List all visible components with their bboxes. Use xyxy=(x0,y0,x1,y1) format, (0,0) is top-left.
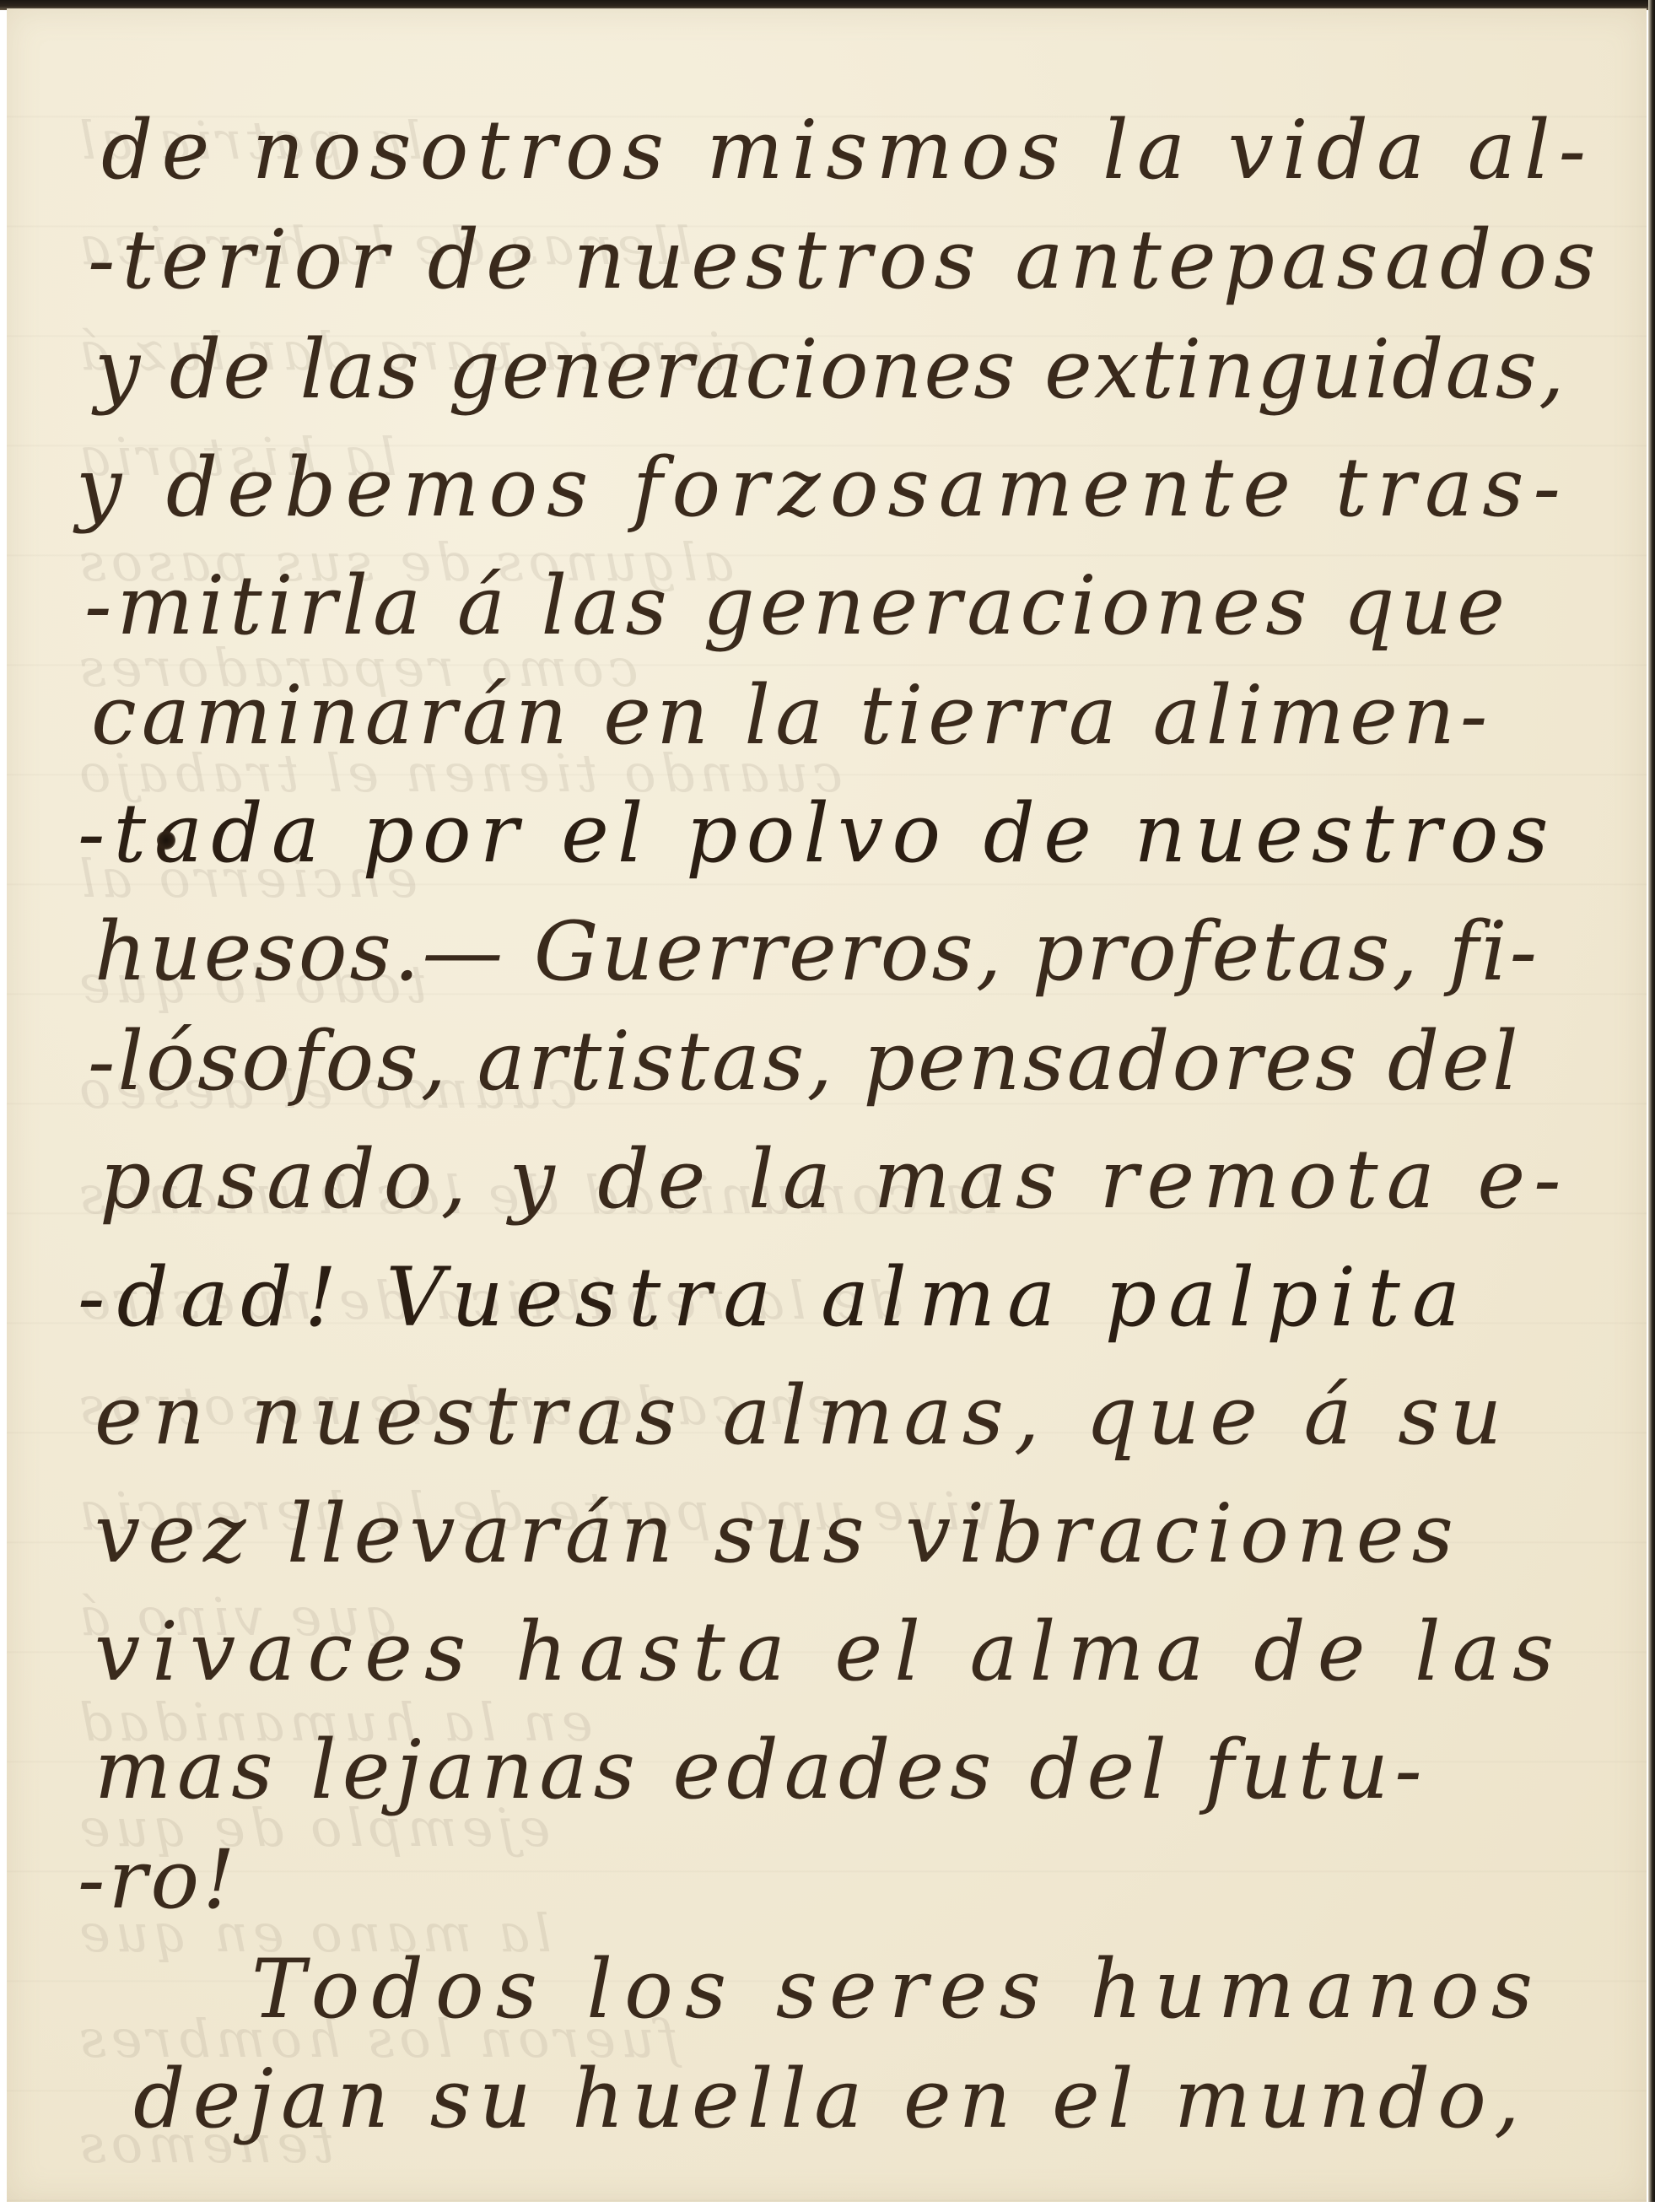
text-line: -ro! xyxy=(78,1839,239,1920)
text-line: -tada por el polvo de nuestros xyxy=(78,793,1557,874)
scan-right-edge xyxy=(1648,0,1655,2212)
text-line: huesos.— Guerreros, profetas, fi- xyxy=(94,911,1539,992)
text-line: y debemos forzosamente tras- xyxy=(76,447,1570,528)
text-line: -dad! Vuestra alma palpita xyxy=(78,1257,1472,1338)
ink-blot xyxy=(157,831,175,850)
text-line: vivaces hasta el alma de las xyxy=(94,1611,1566,1692)
text-line: -terior de nuestros antepasados xyxy=(88,219,1602,300)
text-line: y de las generaciones extinguidas, xyxy=(94,329,1566,410)
text-line: caminarán en la tierra alimen- xyxy=(91,675,1492,756)
manuscript-page: la patria al llenas de la heroica cienci… xyxy=(7,8,1647,2202)
text-line: en nuestras almas, que á su xyxy=(94,1375,1512,1456)
text-line: -lósofos, artistas, pensadores del xyxy=(88,1021,1521,1102)
text-line: pasado, y de la mas remota e- xyxy=(100,1139,1570,1220)
scan-bottom-margin xyxy=(0,2202,1655,2212)
text-line: mas lejanas edades del futu- xyxy=(94,1729,1428,1810)
handwritten-text: de nosotros mismos la vida al- -terior d… xyxy=(7,8,1647,2202)
text-line: de nosotros mismos la vida al- xyxy=(101,110,1594,191)
text-line: vez llevarán sus vibraciones xyxy=(94,1493,1461,1574)
text-line: -mitirla á las generaciones que xyxy=(84,565,1510,646)
text-line: dejan su huella en el mundo, xyxy=(133,2058,1527,2139)
text-line: Todos los seres humanos xyxy=(251,1949,1544,2030)
